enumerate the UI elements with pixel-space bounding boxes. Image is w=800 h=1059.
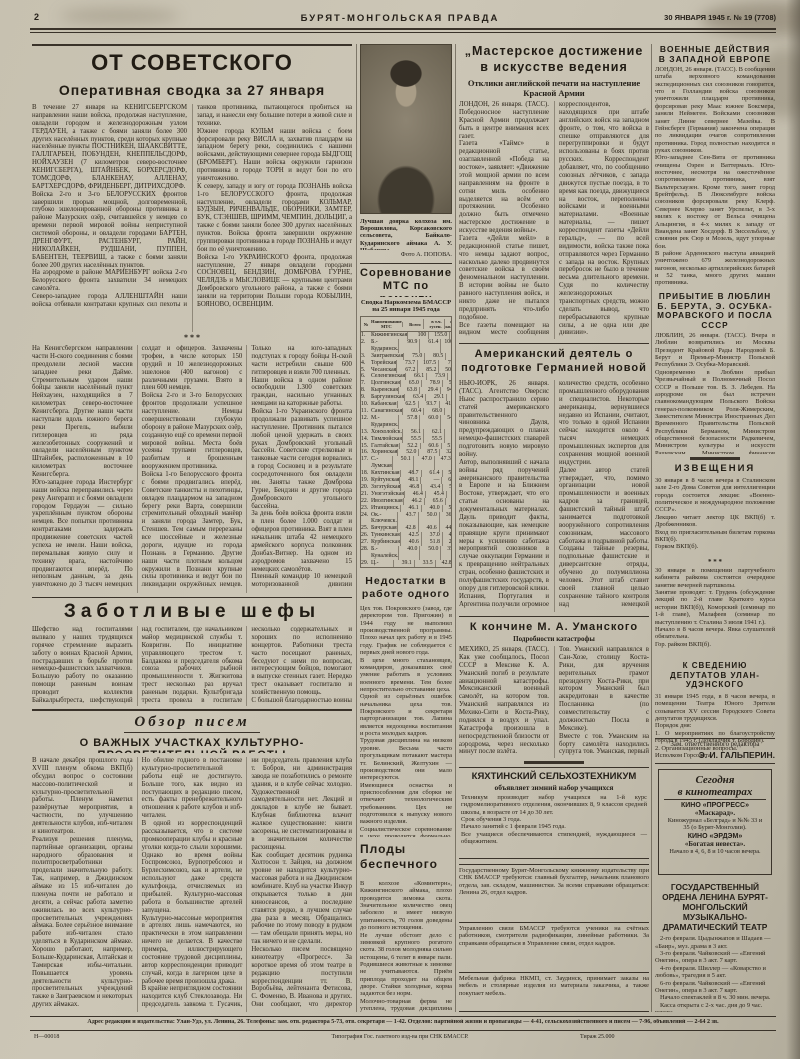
mts-row-wheel: 47.3 [434,456,452,470]
amerikansky-body: НЬЮ-ЙОРК, 26 января. (ТАСС). Агентство О… [459,380,649,612]
mts-row-num: 17. [361,456,371,470]
mts-row-num: 2. [361,339,371,353]
cinema-title1: Сегодня [664,774,766,786]
table-row: 10. Кабанская 62.5 93.7 41.8 [361,401,451,408]
mts-row-track: 61.4 [421,470,442,477]
mts-row-track: 155.0 [428,332,449,339]
mts-row-num: 10. [361,401,371,408]
table-row: 13. Хонхолойск. 56.1 62.1 50.0 [361,429,451,436]
short-divider [690,457,740,460]
mts-row-track: 85.2 [417,367,438,374]
tehnikum-ad: КЯХТИНСКИЙ СЕЛЬХОЗТЕХНИКУМ объявляет зим… [459,767,649,859]
mts-row-wheel: 81.4 [446,394,452,401]
mts-row-total: 75.0 [403,353,424,360]
section-rule [655,763,775,764]
table-row: 1. Кижингинская 100 155.0 57.6 [361,332,451,339]
mts-row-wheel: 94.7 [440,387,452,394]
mts-table-header: № Наименование МТС Всего в т.ч. гусен. в… [361,317,451,332]
table-row: 14. Тимлюйская 55.5 55.5 55.5 [361,436,451,443]
editor-name: Э. И. ГАЛЬПЕРИН. [655,750,775,761]
mts-row-track: 40.6 [418,525,439,532]
lyublin-body: ЛЮБЛИН, 26 января. (ТАСС). Вчера в Любли… [655,332,775,454]
mts-col-wheel: в т.ч. колёсн. [444,319,452,329]
mts-row-wheel: 47.0 [446,491,452,498]
mts-row-total: 42.5 [400,532,421,539]
newspaper-page: 2 БУРЯТ-МОНГОЛЬСКАЯ ПРАВДА 30 ЯНВАРЯ 194… [0,0,800,1059]
column-divider [455,44,456,1012]
mts-row-name: Торейская [371,360,396,367]
mts-row-wheel: 50.0 [444,429,452,436]
mts-row-name: Хоринская [371,449,397,456]
nedostatki-title: Недостатки в работе одного цеха [360,575,452,601]
mts-row-track: 60.0 [419,415,440,429]
mts-row-total: 56.1 [402,429,423,436]
mts-rows: 1. Кижингинская 100 155.0 57.6 2. Б.-Куд… [361,332,451,568]
mts-row-total: 55.5 [402,436,423,443]
tehnikum-subtitle: объявляет зимний набор учащихся [461,783,647,792]
mts-row-track: 68.0 [423,408,444,415]
page-number: 2 [34,12,54,22]
theater-item: Начало спектаклей в 8 ч. 30 мин. вечера. [655,994,775,1001]
lyublin-title: ПРИБЫТИЕ В ЛЮБЛИН Б. БЕРУТА, Э. ОСУБКА- … [655,292,775,330]
table-row: 22. Иволгинская 46.2 65.6 31.3 [361,498,451,505]
mts-row-track: 93.7 [418,401,439,408]
mts-row-num: 12. [361,415,371,429]
mts-row-name: Ц.-Усугская [371,560,393,568]
mts-row-track: 61.4 [419,339,440,353]
table-row: 7. Цолгинская 65.0 78.9 52.3 [361,380,451,387]
mts-row-wheel: 50.9 [442,505,452,512]
photo-credit: Фото А. ПОПОВА. [360,251,452,260]
mts-row-wheel: 69.7 [445,353,452,360]
short-divider [524,761,584,764]
column-divider [651,44,652,1012]
shefy-title: Заботливые шефы [32,601,352,623]
mts-col-name: Наименование МТС [371,319,402,329]
mts-row-track: 51.8 [421,539,442,546]
mts-row-num: 4. [361,360,371,367]
amerikansky-title: Американский деятель о подготовке Герман… [459,348,649,376]
mts-row-num: 22. [361,498,371,505]
mts-row-num: 9. [361,394,371,401]
page-edge-shadow [786,0,800,1059]
obzor-kicker: Обзор писем [32,714,352,734]
table-row: 6. Селенгинская 66.1 73.9 55.0 [361,373,451,380]
mts-row-num: 8. [361,387,371,394]
masterskoe-subtitle: Отклики английской печати на наступление… [459,79,649,98]
theater-listing: ГОСУДАРСТВЕННЫЙ ОРДЕНА ЛЕНИНА БУРЯТ-МОНГ… [655,882,775,1012]
voennye-title: ВОЕННЫЕ ДЕЙСТВИЯ В ЗАПАДНОЙ ЕВРОПЕ [655,44,775,64]
mts-row-num: 18. [361,470,371,477]
table-row: 5. Чесанская 67.2 85.2 50.1 [361,367,451,374]
deputaty-title: К СВЕДЕНИЮ ДЕПУТАТОВ УЛАН-УДЭНСКОГО ГОРО… [655,661,775,691]
table-row: 28. Б.-Куналейск. 40.0 50.0 35.8 [361,546,451,560]
mts-row-num: 27. [361,539,371,546]
theater-item: 3-го февраля. Чайковский — «Евгений Онег… [655,950,775,965]
mts-row-wheel: 52.3 [442,380,452,387]
sovinformburo-title: ОТ СОВЕТСКОГО ИНФОРМБЮРО [32,50,352,78]
cinema-times: Начало в 4, 6, 8 и 10 часов вечера. [664,848,766,855]
table-row: 19. Куйтунская 48.1 — 61.2 [361,477,451,484]
mts-row-num: 29. [361,560,371,568]
mts-row-total: 67.2 [396,367,417,374]
cinema-film2: «Богатая невеста». [664,840,766,848]
cinema-journal: Киножурнал «Белград» и №№ 33 и 35 (о Бур… [664,817,766,831]
table-row: 8. Кыренская 63.8 29.4 94.7 [361,387,451,394]
mts-row-name: Иволгинская [371,498,403,505]
mts-row-name: Итанцинск. [371,505,400,512]
mts-row-num: 21. [361,491,371,498]
mts-row-name: Санагинская [371,408,402,415]
mts-row-num: 19. [361,477,371,484]
mts-row-num: 13. [361,429,371,436]
mts-row-wheel: 52.1 [442,470,452,477]
mts-row-total: 60.4 [402,408,423,415]
mts-row-wheel: 51.1 [444,408,452,415]
mts-row-total: 43.7 [397,512,418,526]
mts-row-wheel: 51.3 [441,443,452,450]
mts-row-total: 73.7 [396,360,417,367]
mts-row-name: Галтайская [371,443,399,450]
mts-row-wheel: 100.0 [440,339,452,353]
mts-row-track: 45.4 [425,491,446,498]
mts-row-track: 50.0 [418,512,439,526]
section-rule [655,738,775,739]
mts-row-name: Кяхтинская [371,470,400,477]
table-row: 23. Итанцинск. 46.1 40.0 50.9 [361,505,451,512]
mts-row-wheel: 55.5 [444,436,452,443]
issue-date: 30 ЯНВАРЯ 1945 г. № 19 (7708) [600,13,776,22]
umansky-title: К кончине М. А. Уманского [459,621,649,634]
sovinformburo-subtitle: Оперативная сводка за 27 января [32,82,352,100]
imprint-code: Н—00018 [34,1034,114,1043]
mts-title: Соревнование МТС по ремонту тракторов [360,267,452,297]
theater-items: 2-го февраля. Цыдынжапов и Шадаев — «Баи… [655,935,775,1012]
section-rule [360,263,452,264]
mts-row-total: 40.6 [400,539,421,546]
mts-subtitle: Сводка Наркомзема БМАССР на 25 января 19… [360,299,452,314]
section-rule [459,343,649,344]
mts-row-wheel: 57.6 [449,332,452,339]
mts-row-name: Б.-Куналейск. [371,546,398,560]
mts-row-name: М.-Кударинск. [371,415,398,429]
obzor-body: В начале декабря прошлого года XVIII пле… [32,757,352,1012]
cinema-listing: Сегодня в кинотеатрах КИНО «ПРОГРЕСС» «М… [658,769,772,875]
table-row: 20. Зэгэтуйская 46.8 43.4 50.0 [361,484,451,491]
mts-row-num: 20. [361,484,371,491]
mts-row-total: 46.2 [403,498,424,505]
mts-row-track: 73.9 [426,373,447,380]
mts-row-track: 60.6 [420,443,441,450]
mts-row-num: 11. [361,408,371,415]
mts-row-total: 52.2 [399,443,420,450]
mts-row-num: 26. [361,532,371,539]
photo-caption: Лучшая доярка колхоза им. Ворошилова, Ко… [360,218,452,250]
masthead-rule-bottom [30,32,776,33]
mts-row-name: Чесанская [371,367,396,374]
imprint-rule-top [30,1016,776,1017]
mts-row-wheel: 42.8 [435,560,452,568]
table-row: 29. Ц.-Усугская 39.1 33.5 42.8 [361,560,451,568]
mts-col-n: № [361,322,371,327]
mts-row-wheel: 44.8 [439,525,452,532]
mts-row-track: 40.0 [421,505,442,512]
mts-col-total: Всего [402,322,423,327]
table-row: 11. Санагинская 60.4 68.0 51.1 [361,408,451,415]
mts-row-name: Селенгинская [371,373,405,380]
umansky-subtitle: Подробности катастрофы [459,635,649,644]
mts-row-total: 39.1 [393,560,414,568]
table-row: 2. Б.-Кударинск. 90.9 61.4 100.0 [361,339,451,353]
mts-row-wheel: 32.3 [439,449,452,456]
mts-row-wheel: 61.2 [441,477,452,484]
table-row: 18. Кяхтинская 48.7 61.4 52.1 [361,470,451,477]
mts-row-track: 47.0 [413,456,434,470]
mts-row-wheel: 50.0 [442,484,452,491]
mts-row-track: 43.4 [421,484,442,491]
imprint-rule-mid [30,1030,776,1031]
sovinformburo-details: На Кенигсбергском направлении части Н-ск… [32,345,352,593]
mts-row-num: 3. [361,353,371,360]
mts-row-track: 80.5 [424,353,445,360]
mts-row-wheel: 35.8 [440,546,452,560]
mts-row-track: 37.0 [421,532,442,539]
classified-ad: Управлению связи БМАССР требуются ученик… [459,922,649,966]
theater-item: 4-го февраля. Шиллер — «Коварство и любо… [655,965,775,980]
section-rule [459,616,649,617]
mts-row-num: 15. [361,443,371,450]
plody-title: Плоды беспечного руководства [360,842,452,876]
table-row: 12. М.-Кударинск. 57.8 60.0 54.1 [361,415,451,429]
izveshcheniya-notice2: 30 января в помещении партучебного кабин… [655,567,775,659]
cinema-venue2: КИНО «ЭРДЭМ» [664,833,766,840]
theater-title: ГОСУДАРСТВЕННЫЙ ОРДЕНА ЛЕНИНА БУРЯТ-МОНГ… [655,882,775,932]
table-row: 25. Бичурская 42.8 40.6 44.8 [361,525,451,532]
mts-row-name: Заиграевская [371,353,403,360]
mts-row-name: Хонхолойск. [371,429,402,436]
mts-row-name: Куйтунская [371,477,399,484]
obzor-kicker-text: Обзор писем [124,714,259,733]
mts-row-track: 29.4 [419,387,440,394]
table-row: 4. Торейская 73.7 107.5 7.1 [361,360,451,367]
table-row: 3. Заиграевская 75.0 80.5 69.7 [361,353,451,360]
scan-stain [60,8,180,24]
mts-row-wheel: 48.1 [442,532,452,539]
mts-row-total: 65.0 [400,380,421,387]
newspaper-title: БУРЯТ-МОНГОЛЬСКАЯ ПРАВДА [250,13,550,24]
mts-row-total: 63.4 [404,394,425,401]
mts-row-num: 24. [361,512,371,526]
mts-row-num: 5. [361,367,371,374]
table-row: 24. Ок.-Ключевск. 43.7 50.0 36.8 [361,512,451,526]
mts-row-total: 90.9 [398,339,419,353]
section-rule [32,44,352,46]
mts-row-num: 6. [361,373,371,380]
mts-row-total: 42.8 [397,525,418,532]
masthead-rule-top [30,28,776,30]
table-row: 15. Галтайская 52.2 60.6 51.3 [361,443,451,450]
mts-row-total: 66.1 [405,373,426,380]
theater-item: 2-го февраля. Цыдынжапов и Шадаев — «Баи… [655,935,775,950]
mts-row-name: Бичурская [371,525,397,532]
imprint-line1: Адрес редакции и издательства: Улан-Удэ,… [30,1019,776,1028]
portrait-photo [360,44,452,214]
tehnikum-title: КЯХТИНСКИЙ СЕЛЬХОЗТЕХНИКУМ [461,771,647,782]
mts-row-track: 78.9 [421,380,442,387]
mts-row-name: Цолгинская [371,380,400,387]
stars-separator: * * * [655,558,775,566]
mts-row-name: Ок.-Ключевск. [371,512,397,526]
table-row: 16. Хоринская 52.0 87.5 32.3 [361,449,451,456]
mts-row-name: Зэгэтуйская [371,484,400,491]
editor-role: Зам. ответственного редактора [655,741,775,750]
mts-row-name: Кижингинская [371,332,407,339]
cinema-venue1: КИНО «ПРОГРЕСС» [664,802,766,809]
mts-row-wheel: 54.1 [440,415,452,429]
mts-col-track: в т.ч. гусен. [423,319,444,329]
mts-row-num: 16. [361,449,371,456]
mts-row-track: 107.5 [417,360,438,367]
tehnikum-body: Техникум производит набор учащихся на 1-… [461,794,647,846]
mts-row-num: 28. [361,546,371,560]
mts-row-name: Кыренская [371,387,398,394]
mts-row-total: 48.1 [399,477,420,484]
mts-row-total: 46.1 [400,505,421,512]
mts-row-wheel: 25.9 [442,539,452,546]
mts-row-num: 7. [361,380,371,387]
column-divider [356,44,357,1012]
mts-row-total: 63.8 [398,387,419,394]
obzor-title: О ВАЖНЫХ УЧАСТКАХ КУЛЬТУРНО-ПРОСВЕТИТЕЛЬ… [32,737,352,753]
stars-separator: * * * [32,333,352,343]
mts-row-wheel: 36.8 [439,512,452,526]
mts-row-total: 48.7 [400,470,421,477]
section-rule [32,709,352,711]
mts-row-total: 46.8 [400,484,421,491]
mts-row-total: 46.4 [404,491,425,498]
mts-table: № Наименование МТС Всего в т.ч. гусен. в… [360,316,452,568]
voennye-body: ЛОНДОН, 26 января. (ТАСС). В сообщении ш… [655,66,775,288]
mts-row-total: 40.0 [398,546,419,560]
masterskoe-body: ЛОНДОН, 26 января. (ТАСС). Победоносное … [459,101,649,339]
izveshcheniya-title: ИЗВЕЩЕНИЯ [655,463,775,475]
mts-row-track: 62.1 [423,429,444,436]
table-row: 17. С.-Лумская 50.1 47.0 47.3 [361,456,451,470]
cinema-film1: «Маскарад». [664,809,766,817]
mts-row-total: 57.8 [398,415,419,429]
mts-row-wheel: 55.0 [447,373,452,380]
mts-row-track: 33.5 [414,560,435,568]
mts-row-total: 62.5 [397,401,418,408]
imprint-typography: Типография Гос. газетного изд-ва при СНК… [250,1034,550,1043]
mts-row-name: Унэгэтэйская [371,491,404,498]
mts-row-name: Курбинская [371,539,400,546]
mts-row-wheel: 31.3 [445,498,452,505]
mts-row-track: 65.6 [424,498,445,505]
table-row: 27. Курбинская 40.6 51.8 25.9 [361,539,451,546]
mts-row-wheel: 41.8 [439,401,452,408]
table-row: 21. Унэгэтэйская 46.4 45.4 47.0 [361,491,451,498]
sovinformburo-lead: В течение 27 января на КЕНИГСБЕРГСКОМ на… [32,104,352,332]
mts-row-num: 1. [361,332,371,339]
mts-row-wheel: 50.1 [438,367,452,374]
mts-row-name: Кабанская [371,401,397,408]
izveshcheniya-notice1: 30 января в 8 часов вечера в Сталинском … [655,477,775,557]
mts-row-track: 55.5 [423,436,444,443]
mts-row-total: 52.0 [397,449,418,456]
imprint-tirazh: Тираж 25.000 [580,1034,680,1043]
mts-row-name: Тимлюйская [371,436,402,443]
theater-item: Касса открыта с 2-х час. дня до 9 час. в… [655,1002,775,1012]
mts-row-track: 50.0 [419,546,440,560]
mts-row-num: 14. [361,436,371,443]
mts-row-track: — [420,477,441,484]
classified-ad: Государственному Бурят-Монгольскому книж… [459,864,649,916]
mts-row-num: 25. [361,525,371,532]
mts-row-num: 23. [361,505,371,512]
umansky-body: МЕХИКО, 25 января. (ТАСС). Как уже сообщ… [459,646,649,758]
section-rule [32,597,352,598]
theater-item: 6-го февраля. Чайковский — «Евгений Онег… [655,980,775,995]
mts-row-track: 29.1 [425,394,446,401]
masterskoe-title: „Мастерское достижение в искусстве веден… [459,44,649,76]
mts-row-total: 100 [407,332,428,339]
shefy-body: Шефство над госпиталями вызвало у наших … [32,626,352,706]
mts-row-total: 50.1 [392,456,413,470]
mts-row-wheel: 7.1 [438,360,452,367]
nedostatki-body: Цех тов. Покровского (завод, где директо… [360,605,452,837]
mts-row-track: 87.5 [418,449,439,456]
cinema-title2: в кинотеатрах [664,786,766,800]
plody-body: В колхозе «Коминтерн», Кижингинского айм… [360,880,452,1012]
classified-ad: Мебельная фабрика НКМП, ст. Заудинск, пр… [459,972,649,1012]
mts-row-name: Б.-Кударинск. [371,339,398,353]
mts-row-name: С.-Лумская [371,456,392,470]
